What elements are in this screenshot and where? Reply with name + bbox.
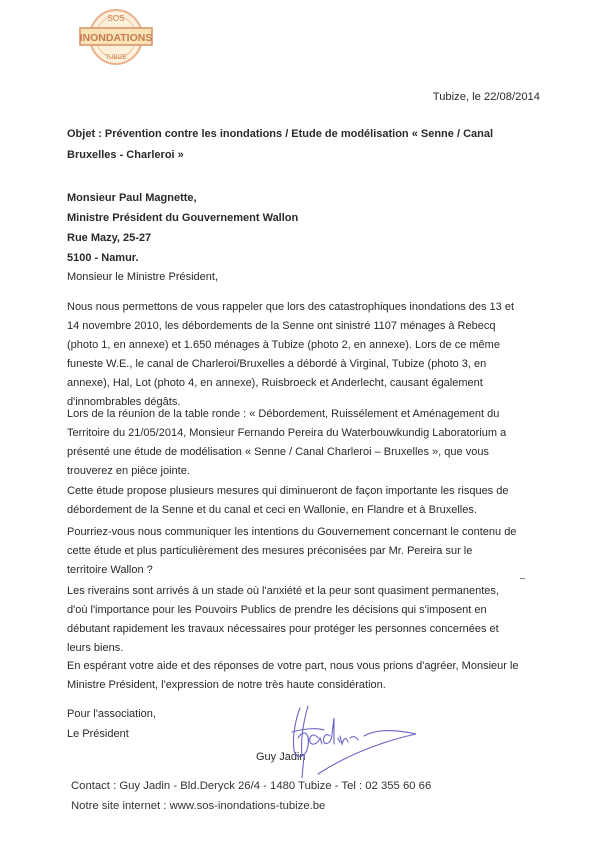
subject-line: Bruxelles - Charleroi » — [67, 145, 507, 166]
paragraph-closing-formula: En espérant votre aide et des réponses d… — [67, 657, 547, 695]
text-line: débordement de la Senne et du canal et c… — [67, 501, 547, 520]
svg-text:TUBIZE: TUBIZE — [105, 55, 126, 61]
letter-subject: Objet : Prévention contre les inondation… — [67, 124, 507, 166]
recipient-street: Rue Mazy, 25-27 — [67, 228, 547, 248]
text-line: cette étude et plus particulièrement des… — [67, 542, 547, 561]
text-line: présenté une étude de modélisation « Sen… — [67, 443, 547, 462]
svg-text:INONDATIONS: INONDATIONS — [80, 32, 153, 44]
recipient-address: Monsieur Paul Magnette, Ministre Préside… — [67, 188, 547, 268]
paragraph-residents: Les riverains sont arrivés à un stade où… — [67, 582, 547, 658]
signature-icon — [278, 698, 428, 778]
text-line: leurs biens. — [67, 639, 547, 658]
letter-footer: Contact : Guy Jadin - Bld.Deryck 26/4 - … — [71, 776, 431, 816]
text-line: Les riverains sont arrivés à un stade où… — [67, 582, 547, 601]
text-line: Ministre Président, l'expression de notr… — [67, 676, 547, 695]
text-line: En espérant votre aide et des réponses d… — [67, 657, 547, 676]
recipient-title: Ministre Président du Gouvernement Wallo… — [67, 208, 547, 228]
text-line: funeste W.E., le canal de Charleroi/Brux… — [67, 355, 547, 374]
text-line: Cette étude propose plusieurs mesures qu… — [67, 482, 547, 501]
text-line: Nous nous permettons de vous rappeler qu… — [67, 298, 547, 317]
text-line: débutant rapidement les travaux nécessai… — [67, 620, 547, 639]
text-line: Pourriez-vous nous communiquer les inten… — [67, 523, 547, 542]
paragraph-study-measures: Cette étude propose plusieurs mesures qu… — [67, 482, 547, 520]
paragraph-round-table: Lors de la réunion de la table ronde : «… — [67, 405, 547, 481]
text-line: trouverez en pièce jointe. — [67, 462, 547, 481]
logo-emblem-icon: SOS INONDATIONS TUBIZE — [78, 6, 154, 68]
sos-inondations-logo: SOS INONDATIONS TUBIZE — [78, 6, 154, 68]
handwritten-signature — [278, 698, 428, 778]
text-line: d'où l'importance pour les Pouvoirs Publ… — [67, 601, 547, 620]
text-line: 14 novembre 2010, les débordements de la… — [67, 317, 547, 336]
text-line: Territoire du 21/05/2014, Monsieur Ferna… — [67, 424, 547, 443]
contact-info: Contact : Guy Jadin - Bld.Deryck 26/4 - … — [71, 776, 431, 796]
text-line: territoire Wallon ? — [67, 561, 547, 580]
subject-line: Objet : Prévention contre les inondation… — [67, 124, 507, 145]
svg-text:SOS: SOS — [108, 14, 125, 23]
paragraph-floods-2010: Nous nous permettons de vous rappeler qu… — [67, 298, 547, 412]
text-line: (photo 1, en annexe) et 1.650 ménages à … — [67, 336, 547, 355]
text-line: annexe), Hal, Lot (photo 4, en annexe), … — [67, 374, 547, 393]
recipient-city: 5100 - Namur. — [67, 248, 547, 268]
text-line: Lors de la réunion de la table ronde : «… — [67, 405, 547, 424]
paragraph-question: Pourriez-vous nous communiquer les inten… — [67, 523, 547, 580]
scan-mark — [520, 578, 525, 579]
website-info: Notre site internet : www.sos-inondation… — [71, 796, 431, 816]
letter-date: Tubize, le 22/08/2014 — [433, 91, 540, 103]
salutation: Monsieur le Ministre Président, — [67, 268, 547, 287]
recipient-name: Monsieur Paul Magnette, — [67, 188, 547, 208]
